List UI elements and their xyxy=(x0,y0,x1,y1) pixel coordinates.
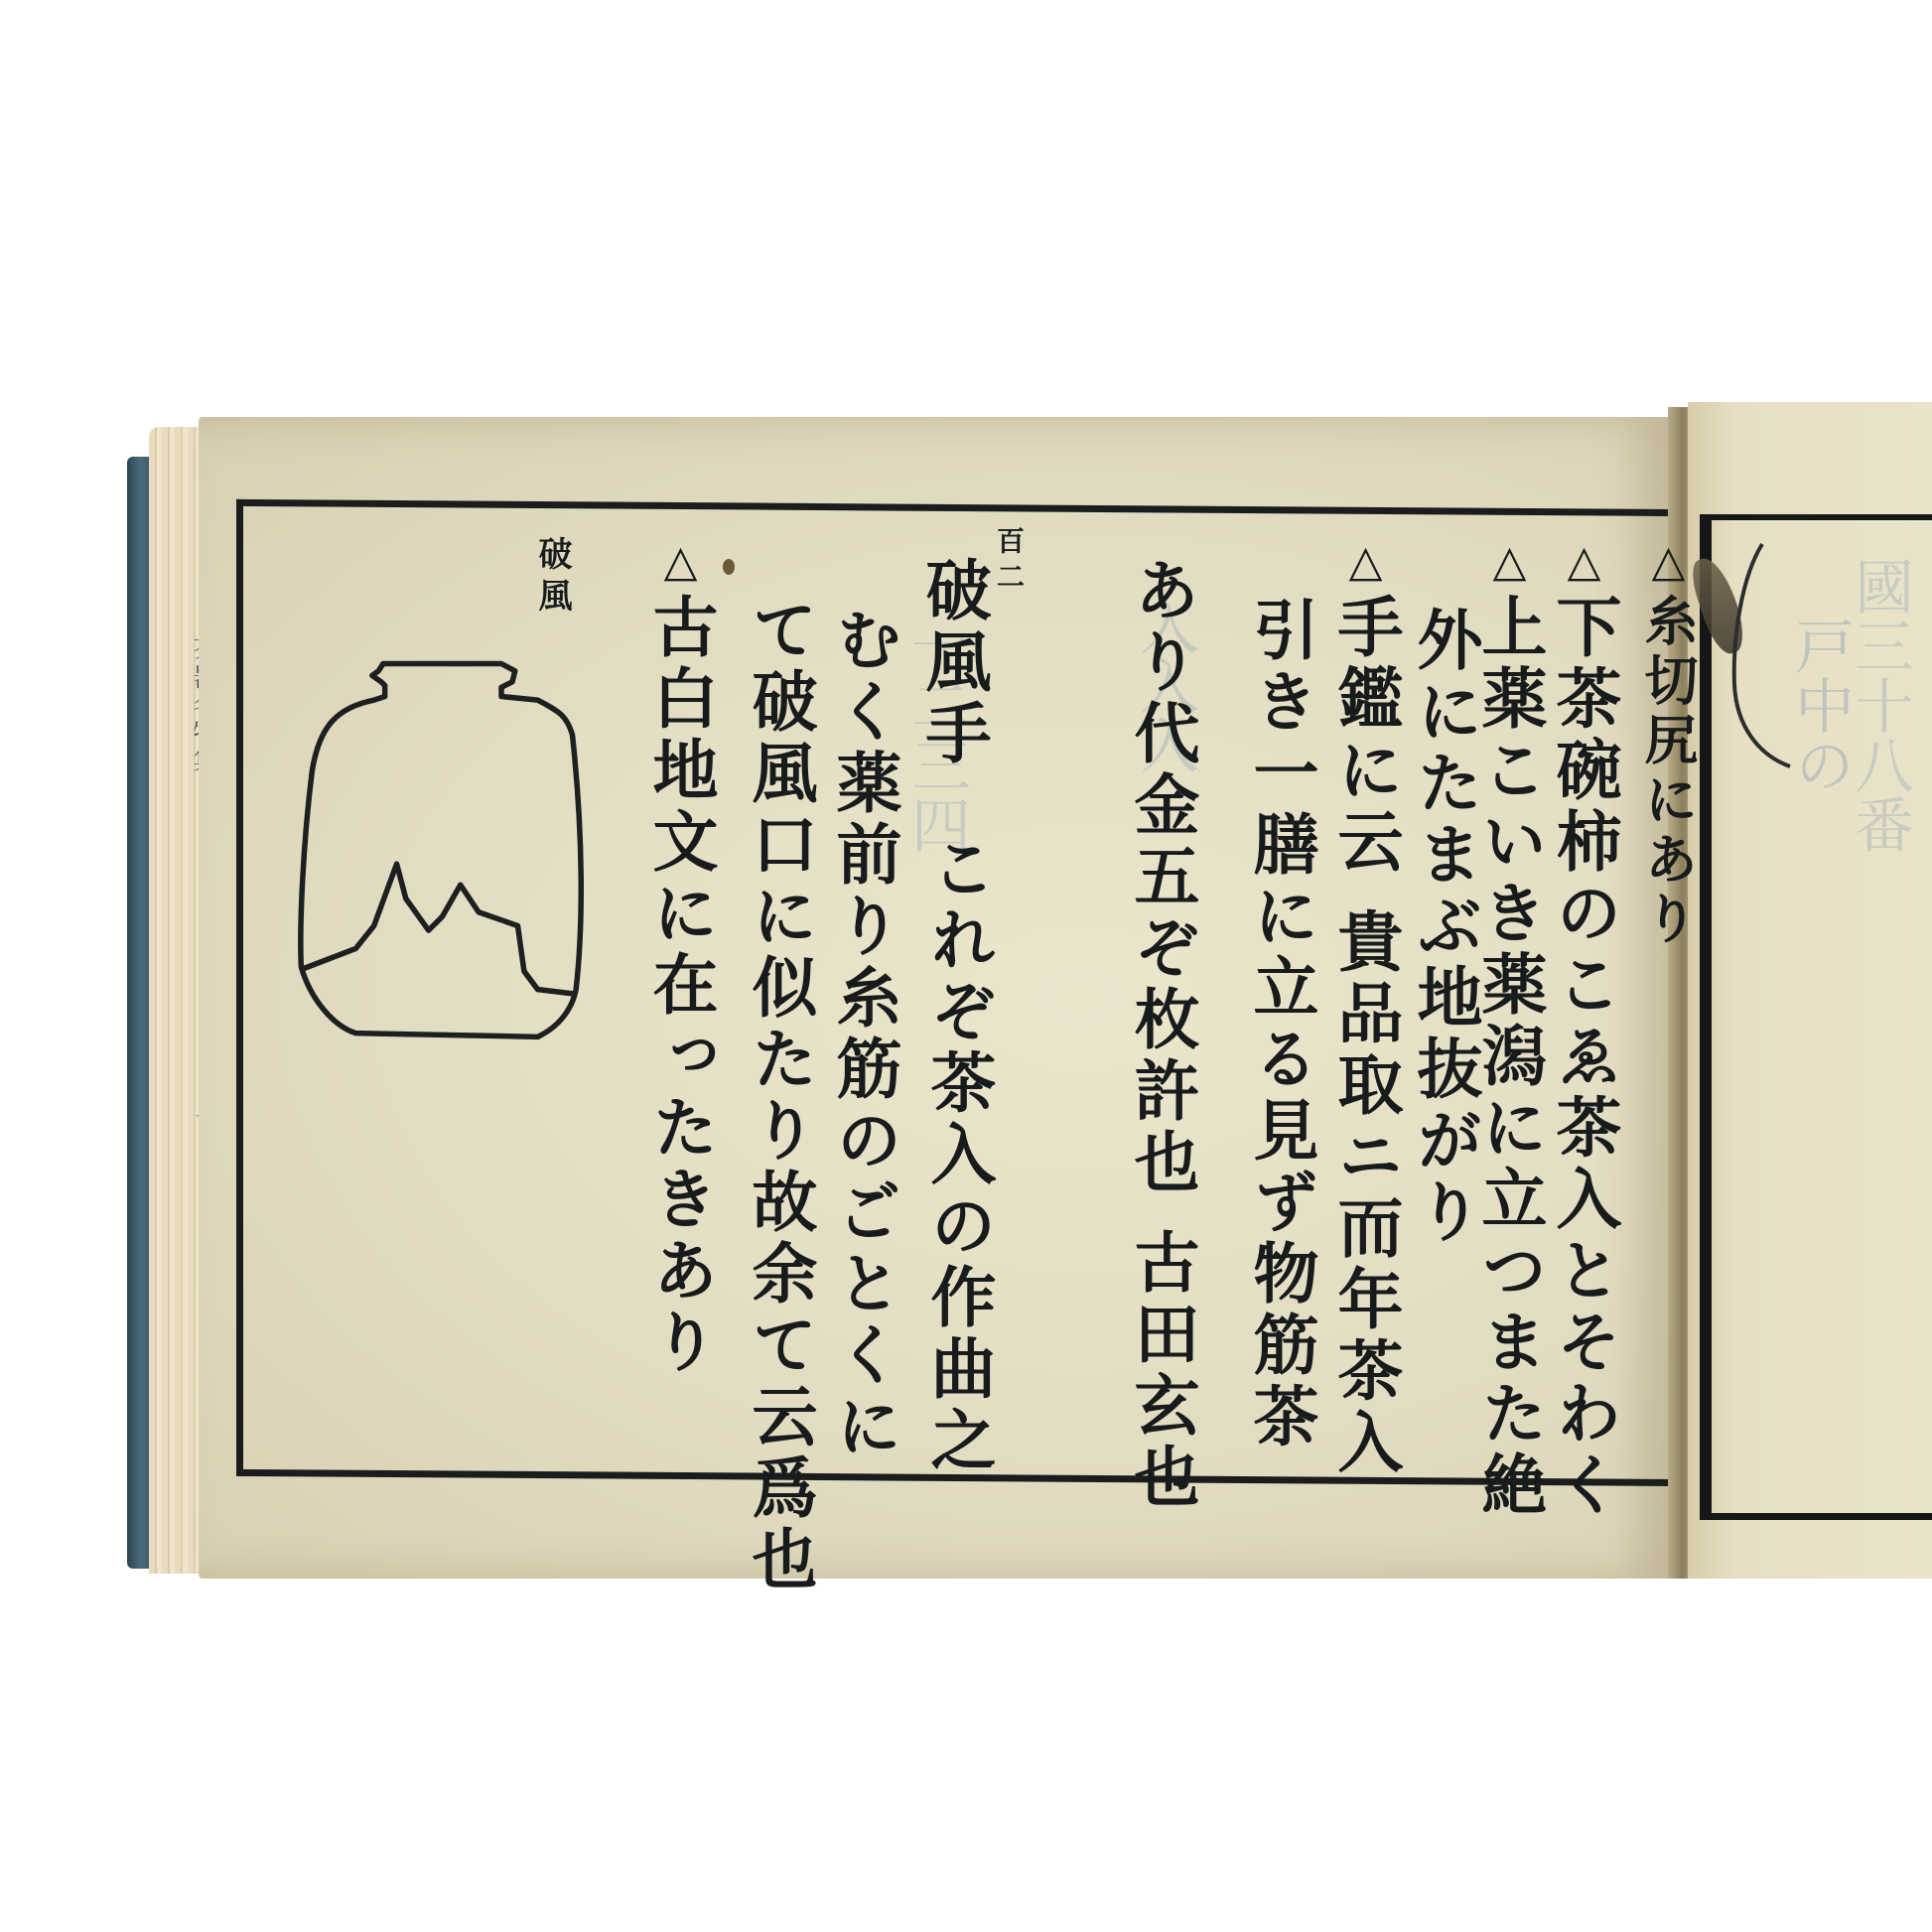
text-column-9: これぞ茶入の作曲之 xyxy=(918,834,998,1477)
text-column-7: あり代金五ぞ枚許也 古田玄也 xyxy=(1122,556,1201,1514)
column-note: 百二 xyxy=(993,526,1025,598)
book-photo: 茶器名物集 丁 一二三四 入入入 戸中の 國三十八番 破風 △糸切尻にあり △下… xyxy=(0,0,1932,1932)
text-column-1: △糸切尻にあり xyxy=(1628,536,1708,950)
triangle-marker-icon: △ xyxy=(1643,536,1694,593)
paper-spot xyxy=(723,559,735,575)
text-column-2: △下茶碗柿のこゑ茶入とそわく xyxy=(1544,536,1623,1522)
illustration-caption: 破風 xyxy=(536,536,568,620)
text-column-6: 引き一膳に立る見ず物筋茶 xyxy=(1241,596,1320,1453)
right-page-faint-text: 國三十八番 xyxy=(1837,556,1922,1449)
hafu-tea-caddy-illustration xyxy=(278,625,616,1062)
triangle-marker-icon: △ xyxy=(1559,536,1609,593)
text-column-10: むく薬前り糸筋のごとくに xyxy=(824,606,903,1463)
triangle-marker-icon: △ xyxy=(1340,536,1391,593)
text-column-12: △古白地文に在ったきあり xyxy=(640,536,720,1379)
triangle-marker-icon: △ xyxy=(655,536,706,593)
text-column-11: て破風口に似たり故余て云爲也 xyxy=(740,596,819,1596)
triangle-marker-icon: △ xyxy=(1484,536,1535,593)
text-column-5: △手鑑に云 貴品取ニ而年茶入 xyxy=(1325,536,1405,1479)
text-column-4: 外にたまぶ地抜がり xyxy=(1405,606,1484,1249)
text-column-8: 破風手 xyxy=(913,556,993,770)
right-vase-outline xyxy=(1723,536,1802,774)
